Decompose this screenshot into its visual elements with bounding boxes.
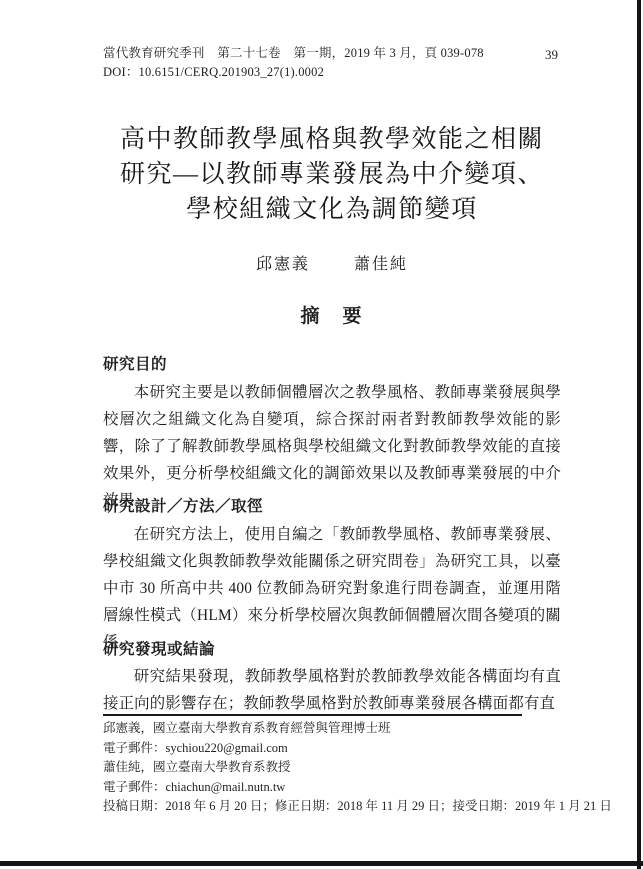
- paper-title: 高中教師教學風格與教學效能之相關 研究—以教師專業發展為中介變項、 學校組織文化…: [103, 122, 561, 227]
- author-name-2: 蕭佳純: [354, 256, 408, 273]
- footnote-dates: 投稿日期：2018 年 6 月 20 日；修正日期：2018 年 11 月 29…: [103, 797, 561, 817]
- paper-page: 當代教育研究季刊 第二十七卷 第一期，2019 年 3 月，頁 039-078 …: [0, 0, 643, 869]
- section-heading-findings: 研究發現或結論: [103, 637, 561, 659]
- section-paragraph-method: 在研究方法上，使用自編之「教師教學風格、教師專業發展、學校組織文化與教師教學效能…: [103, 521, 561, 656]
- abstract-heading: 摘 要: [103, 301, 561, 328]
- footnote-author2-email: 電子郵件：chiachun@mail.nutn.tw: [103, 778, 561, 798]
- paper-title-line-2: 研究—以教師專業發展為中介變項、: [103, 157, 561, 192]
- footnote-block: 邱憲義，國立臺南大學教育系教育經營與管理博士班 電子郵件：sychiou220@…: [103, 719, 561, 817]
- footnote-divider: [103, 714, 522, 716]
- paper-title-line-1: 高中教師教學風格與教學效能之相關: [103, 122, 561, 157]
- page-number: 39: [545, 47, 558, 63]
- section-heading-purpose: 研究目的: [103, 352, 561, 374]
- scan-edge-bottom: [0, 861, 643, 866]
- author-name-1: 邱憲義: [256, 256, 310, 273]
- section-heading-method: 研究設計／方法／取徑: [103, 494, 561, 516]
- footnote-author2-affiliation: 蕭佳純，國立臺南大學教育系教授: [103, 758, 561, 778]
- doi-line: DOI：10.6151/CERQ.201903_27(1).0002: [103, 63, 561, 82]
- scan-edge-right: [637, 0, 641, 869]
- section-paragraph-findings: 研究結果發現，教師教學風格對於教師教學效能各構面均有直接正向的影響存在；教師教學…: [103, 663, 561, 717]
- footnote-author1-email: 電子郵件：sychiou220@gmail.com: [103, 739, 561, 759]
- author-list: 邱憲義蕭佳純: [103, 251, 561, 274]
- journal-header: 當代教育研究季刊 第二十七卷 第一期，2019 年 3 月，頁 039-078 …: [103, 44, 561, 82]
- paper-title-line-3: 學校組織文化為調節變項: [103, 192, 561, 227]
- footnote-author1-affiliation: 邱憲義，國立臺南大學教育系教育經營與管理博士班: [103, 719, 561, 739]
- journal-issue-line: 當代教育研究季刊 第二十七卷 第一期，2019 年 3 月，頁 039-078: [103, 44, 561, 63]
